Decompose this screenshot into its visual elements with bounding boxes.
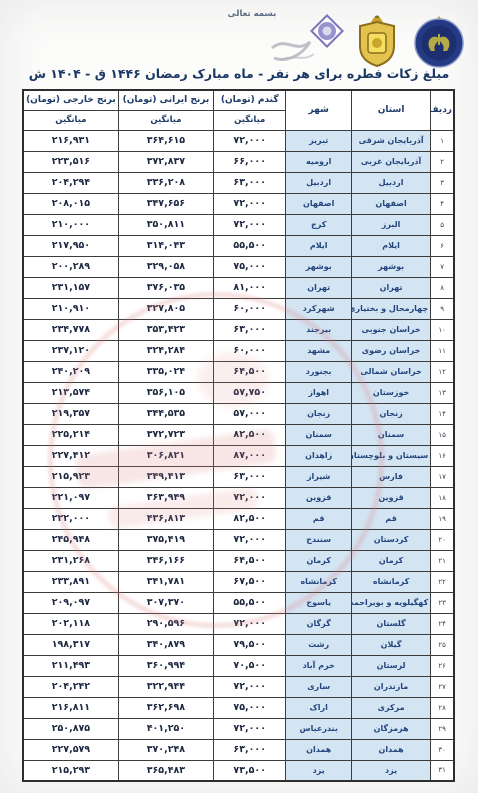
col-header-city: شهر — [286, 90, 352, 130]
province-cell: قم — [351, 508, 430, 529]
row-number-cell: ۲۸ — [431, 697, 454, 718]
iranian-rice-value-cell: ۳۲۹,۰۵۸ — [118, 256, 213, 277]
city-cell: اهواز — [286, 382, 352, 403]
row-number-cell: ۲۰ — [431, 529, 454, 550]
foreign-rice-value-cell: ۲۲۱,۰۹۷ — [23, 487, 118, 508]
iranian-rice-value-cell: ۳۰۶,۸۲۱ — [118, 445, 213, 466]
row-number-cell: ۲۲ — [431, 571, 454, 592]
row-number-cell: ۱۶ — [431, 445, 454, 466]
foreign-rice-value-cell: ۲۲۵,۲۱۴ — [23, 424, 118, 445]
wheat-value-cell: ۷۳,۵۰۰ — [214, 760, 286, 781]
province-cell: قزوین — [351, 487, 430, 508]
iranian-rice-value-cell: ۳۲۴,۲۸۴ — [118, 340, 213, 361]
iranian-rice-value-cell: ۳۷۵,۴۱۹ — [118, 529, 213, 550]
iranian-rice-value-cell: ۳۴۷,۶۵۶ — [118, 193, 213, 214]
iranian-rice-value-cell: ۳۳۵,۰۲۴ — [118, 361, 213, 382]
row-number-cell: ۱ — [431, 130, 454, 151]
iranian-rice-value-cell: ۳۴۹,۴۱۳ — [118, 466, 213, 487]
table-row: ۲۱ کرمان کرمان ۶۴,۵۰۰ ۳۴۶,۱۶۶ ۲۳۱,۲۶۸ — [23, 550, 454, 571]
city-cell: ارومیه — [286, 151, 352, 172]
table-row: ۱۷ فارس شیراز ۶۳,۰۰۰ ۳۴۹,۴۱۳ ۲۱۵,۹۲۳ — [23, 466, 454, 487]
foreign-rice-value-cell: ۲۱۰,۰۰۰ — [23, 214, 118, 235]
iranian-rice-value-cell: ۳۶۴,۶۱۵ — [118, 130, 213, 151]
wheat-value-cell: ۷۲,۰۰۰ — [214, 613, 286, 634]
province-cell: کهگیلویه و بویراحمد — [351, 592, 430, 613]
document-page: بسمه تعالی — [0, 0, 478, 793]
wheat-value-cell: ۸۱,۰۰۰ — [214, 277, 286, 298]
page-title: مبلغ زکات فطره برای هر نفر - ماه مبارک ر… — [0, 66, 478, 81]
city-cell: شهرکرد — [286, 298, 352, 319]
foreign-rice-value-cell: ۲۱۱,۴۹۳ — [23, 655, 118, 676]
row-number-cell: ۲۴ — [431, 613, 454, 634]
wheat-value-cell: ۵۵,۵۰۰ — [214, 235, 286, 256]
table-row: ۲۴ گلستان گرگان ۷۲,۰۰۰ ۲۹۰,۵۹۶ ۲۰۲,۱۱۸ — [23, 613, 454, 634]
table-row: ۲۳ کهگیلویه و بویراحمد یاسوج ۵۵,۵۰۰ ۳۰۷,… — [23, 592, 454, 613]
province-cell: اصفهان — [351, 193, 430, 214]
table-row: ۲۰ کردستان سنندج ۷۲,۰۰۰ ۳۷۵,۴۱۹ ۲۴۵,۹۴۸ — [23, 529, 454, 550]
wheat-value-cell: ۶۰,۰۰۰ — [214, 340, 286, 361]
row-number-cell: ۲۱ — [431, 550, 454, 571]
iranian-rice-value-cell: ۳۶۰,۹۹۴ — [118, 655, 213, 676]
table-row: ۳۰ همدان همدان ۶۳,۰۰۰ ۳۷۰,۲۴۸ ۲۲۷,۵۷۹ — [23, 739, 454, 760]
foreign-rice-value-cell: ۲۳۱,۲۶۸ — [23, 550, 118, 571]
row-number-cell: ۱۰ — [431, 319, 454, 340]
row-number-cell: ۶ — [431, 235, 454, 256]
province-cell: گلستان — [351, 613, 430, 634]
table-row: ۲۷ مازندران ساری ۷۲,۰۰۰ ۳۲۲,۹۴۴ ۲۰۴,۲۴۲ — [23, 676, 454, 697]
wheat-value-cell: ۷۵,۰۰۰ — [214, 256, 286, 277]
foreign-rice-value-cell: ۲۳۷,۱۲۰ — [23, 340, 118, 361]
row-number-cell: ۱۱ — [431, 340, 454, 361]
wheat-value-cell: ۷۹,۵۰۰ — [214, 634, 286, 655]
province-cell: خراسان جنوبی — [351, 319, 430, 340]
iranian-rice-value-cell: ۳۷۶,۰۳۵ — [118, 277, 213, 298]
iranian-rice-value-cell: ۳۱۴,۰۴۳ — [118, 235, 213, 256]
city-cell: کرمان — [286, 550, 352, 571]
city-cell: شیراز — [286, 466, 352, 487]
wheat-value-cell: ۷۲,۰۰۰ — [214, 130, 286, 151]
table-row: ۱۵ سمنان سمنان ۸۲,۵۰۰ ۳۷۲,۷۲۳ ۲۲۵,۲۱۴ — [23, 424, 454, 445]
wheat-value-cell: ۷۲,۰۰۰ — [214, 529, 286, 550]
iranian-rice-value-cell: ۳۳۶,۲۰۸ — [118, 172, 213, 193]
row-number-cell: ۲۶ — [431, 655, 454, 676]
row-number-cell: ۷ — [431, 256, 454, 277]
city-cell: قم — [286, 508, 352, 529]
foreign-rice-value-cell: ۲۱۰,۹۱۰ — [23, 298, 118, 319]
iranian-rice-value-cell: ۳۴۰,۸۷۹ — [118, 634, 213, 655]
iranian-rice-value-cell: ۴۰۱,۲۵۰ — [118, 718, 213, 739]
row-number-cell: ۱۸ — [431, 487, 454, 508]
table-row: ۲۵ گیلان رشت ۷۹,۵۰۰ ۳۴۰,۸۷۹ ۱۹۸,۳۱۷ — [23, 634, 454, 655]
city-cell: بیرجند — [286, 319, 352, 340]
province-cell: زنجان — [351, 403, 430, 424]
table-header: ردیف استان شهر گندم (تومان) برنج ایرانی … — [23, 90, 454, 130]
province-cell: البرز — [351, 214, 430, 235]
table-row: ۳۱ یزد یزد ۷۳,۵۰۰ ۳۶۵,۴۸۳ ۲۱۵,۲۹۳ — [23, 760, 454, 781]
city-cell: رشت — [286, 634, 352, 655]
foreign-rice-value-cell: ۲۲۷,۴۱۲ — [23, 445, 118, 466]
wheat-value-cell: ۶۰,۰۰۰ — [214, 298, 286, 319]
province-cell: گیلان — [351, 634, 430, 655]
wheat-value-cell: ۶۷,۵۰۰ — [214, 571, 286, 592]
blue-relief-committee-emblem-icon — [413, 14, 465, 68]
purple-seal-calligraphy-icon — [270, 14, 344, 74]
row-number-cell: ۱۲ — [431, 361, 454, 382]
city-cell: زاهدان — [286, 445, 352, 466]
iranian-rice-value-cell: ۳۵۰,۸۱۱ — [118, 214, 213, 235]
province-cell: آذربایجان شرقی — [351, 130, 430, 151]
wheat-value-cell: ۶۴,۵۰۰ — [214, 361, 286, 382]
table-row: ۶ ایلام ایلام ۵۵,۵۰۰ ۳۱۴,۰۴۳ ۲۱۷,۹۵۰ — [23, 235, 454, 256]
city-cell: تبریز — [286, 130, 352, 151]
foreign-rice-value-cell: ۲۰۲,۱۱۸ — [23, 613, 118, 634]
col-header-wheat: گندم (تومان) — [214, 90, 286, 110]
table-row: ۲۹ هرمزگان بندرعباس ۷۲,۰۰۰ ۴۰۱,۲۵۰ ۲۵۰,۸… — [23, 718, 454, 739]
zakat-fitrah-table: ردیف استان شهر گندم (تومان) برنج ایرانی … — [22, 89, 455, 782]
wheat-value-cell: ۶۶,۰۰۰ — [214, 151, 286, 172]
province-cell: کردستان — [351, 529, 430, 550]
wheat-value-cell: ۷۰,۵۰۰ — [214, 655, 286, 676]
wheat-value-cell: ۵۵,۵۰۰ — [214, 592, 286, 613]
row-number-cell: ۳۰ — [431, 739, 454, 760]
foreign-rice-value-cell: ۲۱۵,۹۲۳ — [23, 466, 118, 487]
province-cell: آذربایجان غربی — [351, 151, 430, 172]
province-cell: سیستان و بلوچستان — [351, 445, 430, 466]
wheat-value-cell: ۶۳,۰۰۰ — [214, 172, 286, 193]
foreign-rice-value-cell: ۲۴۰,۲۰۹ — [23, 361, 118, 382]
province-cell: سمنان — [351, 424, 430, 445]
province-cell: کرمانشاه — [351, 571, 430, 592]
city-cell: گرگان — [286, 613, 352, 634]
foreign-rice-value-cell: ۲۲۳,۵۱۶ — [23, 151, 118, 172]
city-cell: ساری — [286, 676, 352, 697]
table-row: ۱۳ خوزستان اهواز ۵۷,۷۵۰ ۳۵۶,۱۰۵ ۲۱۳,۵۷۴ — [23, 382, 454, 403]
table-body: ۱ آذربایجان شرقی تبریز ۷۲,۰۰۰ ۳۶۴,۶۱۵ ۲۱… — [23, 130, 454, 781]
foreign-rice-value-cell: ۱۹۸,۳۱۷ — [23, 634, 118, 655]
foreign-rice-value-cell: ۲۳۳,۸۹۱ — [23, 571, 118, 592]
city-cell: قزوین — [286, 487, 352, 508]
table-row: ۲۸ مرکزی اراک ۷۵,۰۰۰ ۳۶۲,۶۹۸ ۲۱۶,۸۱۱ — [23, 697, 454, 718]
city-cell: همدان — [286, 739, 352, 760]
province-cell: ایلام — [351, 235, 430, 256]
row-number-cell: ۱۳ — [431, 382, 454, 403]
foreign-rice-value-cell: ۲۰۴,۲۴۲ — [23, 676, 118, 697]
foreign-rice-value-cell: ۲۰۰,۲۸۹ — [23, 256, 118, 277]
foreign-rice-value-cell: ۲۱۶,۹۳۱ — [23, 130, 118, 151]
city-cell: سنندج — [286, 529, 352, 550]
province-cell: لرستان — [351, 655, 430, 676]
table-row: ۱۹ قم قم ۸۲,۵۰۰ ۴۳۶,۸۱۳ ۲۲۲,۰۰۰ — [23, 508, 454, 529]
foreign-rice-value-cell: ۲۲۷,۵۷۹ — [23, 739, 118, 760]
foreign-rice-value-cell: ۲۲۲,۰۰۰ — [23, 508, 118, 529]
iranian-rice-value-cell: ۳۵۳,۴۲۳ — [118, 319, 213, 340]
wheat-value-cell: ۷۲,۰۰۰ — [214, 214, 286, 235]
row-number-cell: ۱۷ — [431, 466, 454, 487]
foreign-rice-value-cell: ۲۰۴,۲۹۴ — [23, 172, 118, 193]
iranian-rice-value-cell: ۳۶۵,۴۸۳ — [118, 760, 213, 781]
row-number-cell: ۱۵ — [431, 424, 454, 445]
city-cell: خرم آباد — [286, 655, 352, 676]
table-row: ۱۲ خراسان شمالی بجنورد ۶۴,۵۰۰ ۳۳۵,۰۲۴ ۲۴… — [23, 361, 454, 382]
table-row: ۱۰ خراسان جنوبی بیرجند ۶۳,۰۰۰ ۳۵۳,۴۲۳ ۲۳… — [23, 319, 454, 340]
iranian-rice-value-cell: ۲۹۰,۵۹۶ — [118, 613, 213, 634]
province-cell: چهارمحال و بختیاری — [351, 298, 430, 319]
foreign-rice-value-cell: ۲۱۷,۹۵۰ — [23, 235, 118, 256]
city-cell: کرج — [286, 214, 352, 235]
iranian-rice-value-cell: ۳۵۶,۱۰۵ — [118, 382, 213, 403]
city-cell: اردبیل — [286, 172, 352, 193]
col-header-iranian-rice: برنج ایرانی (تومان) — [118, 90, 213, 110]
table-row: ۲ آذربایجان غربی ارومیه ۶۶,۰۰۰ ۳۷۲,۸۳۷ ۲… — [23, 151, 454, 172]
foreign-rice-value-cell: ۲۴۵,۹۴۸ — [23, 529, 118, 550]
iranian-rice-value-cell: ۳۶۳,۹۴۹ — [118, 487, 213, 508]
wheat-value-cell: ۷۲,۰۰۰ — [214, 718, 286, 739]
foreign-rice-value-cell: ۲۳۴,۷۷۸ — [23, 319, 118, 340]
iranian-rice-value-cell: ۳۰۷,۳۷۰ — [118, 592, 213, 613]
row-number-cell: ۴ — [431, 193, 454, 214]
city-cell: اصفهان — [286, 193, 352, 214]
iranian-rice-value-cell: ۳۴۱,۷۸۱ — [118, 571, 213, 592]
row-number-cell: ۱۴ — [431, 403, 454, 424]
subheader-average-foreign-rice: میانگین — [23, 110, 118, 130]
gold-shield-emblem-icon — [354, 14, 400, 68]
iranian-rice-value-cell: ۳۷۰,۲۴۸ — [118, 739, 213, 760]
province-cell: خراسان رضوی — [351, 340, 430, 361]
city-cell: بندرعباس — [286, 718, 352, 739]
city-cell: یزد — [286, 760, 352, 781]
table-row: ۱۴ زنجان زنجان ۵۷,۰۰۰ ۳۴۴,۵۳۵ ۲۱۹,۳۵۷ — [23, 403, 454, 424]
province-cell: فارس — [351, 466, 430, 487]
province-cell: هرمزگان — [351, 718, 430, 739]
table-row: ۱۸ قزوین قزوین ۷۲,۰۰۰ ۳۶۳,۹۴۹ ۲۲۱,۰۹۷ — [23, 487, 454, 508]
row-number-cell: ۳۱ — [431, 760, 454, 781]
city-cell: ایلام — [286, 235, 352, 256]
row-number-cell: ۲۷ — [431, 676, 454, 697]
table-row: ۲۲ کرمانشاه کرمانشاه ۶۷,۵۰۰ ۳۴۱,۷۸۱ ۲۳۳,… — [23, 571, 454, 592]
iranian-rice-value-cell: ۳۷۲,۸۳۷ — [118, 151, 213, 172]
province-cell: تهران — [351, 277, 430, 298]
table-row: ۱ آذربایجان شرقی تبریز ۷۲,۰۰۰ ۳۶۴,۶۱۵ ۲۱… — [23, 130, 454, 151]
subheader-average-iranian-rice: میانگین — [118, 110, 213, 130]
col-header-foreign-rice: برنج خارجی (تومان) — [23, 90, 118, 110]
foreign-rice-value-cell: ۲۰۸,۰۱۵ — [23, 193, 118, 214]
province-cell: کرمان — [351, 550, 430, 571]
province-cell: مازندران — [351, 676, 430, 697]
row-number-cell: ۸ — [431, 277, 454, 298]
iranian-rice-value-cell: ۳۶۲,۶۹۸ — [118, 697, 213, 718]
table-row: ۷ بوشهر بوشهر ۷۵,۰۰۰ ۳۲۹,۰۵۸ ۲۰۰,۲۸۹ — [23, 256, 454, 277]
wheat-value-cell: ۵۷,۰۰۰ — [214, 403, 286, 424]
city-cell: بوشهر — [286, 256, 352, 277]
province-cell: خراسان شمالی — [351, 361, 430, 382]
foreign-rice-value-cell: ۲۱۳,۵۷۴ — [23, 382, 118, 403]
wheat-value-cell: ۷۲,۰۰۰ — [214, 193, 286, 214]
province-cell: یزد — [351, 760, 430, 781]
row-number-cell: ۲۹ — [431, 718, 454, 739]
province-cell: همدان — [351, 739, 430, 760]
table-row: ۱۱ خراسان رضوی مشهد ۶۰,۰۰۰ ۳۲۴,۲۸۴ ۲۳۷,۱… — [23, 340, 454, 361]
table-row: ۵ البرز کرج ۷۲,۰۰۰ ۳۵۰,۸۱۱ ۲۱۰,۰۰۰ — [23, 214, 454, 235]
province-cell: مرکزی — [351, 697, 430, 718]
foreign-rice-value-cell: ۲۱۶,۸۱۱ — [23, 697, 118, 718]
city-cell: اراک — [286, 697, 352, 718]
row-number-cell: ۲۳ — [431, 592, 454, 613]
row-number-cell: ۱۹ — [431, 508, 454, 529]
wheat-value-cell: ۶۳,۰۰۰ — [214, 739, 286, 760]
table-row: ۳ اردبیل اردبیل ۶۳,۰۰۰ ۳۳۶,۲۰۸ ۲۰۴,۲۹۴ — [23, 172, 454, 193]
city-cell: زنجان — [286, 403, 352, 424]
iranian-rice-value-cell: ۳۴۴,۵۳۵ — [118, 403, 213, 424]
col-header-row-no: ردیف — [431, 90, 454, 130]
foreign-rice-value-cell: ۲۳۱,۱۵۷ — [23, 277, 118, 298]
city-cell: یاسوج — [286, 592, 352, 613]
iranian-rice-value-cell: ۳۲۷,۸۰۵ — [118, 298, 213, 319]
wheat-value-cell: ۸۲,۵۰۰ — [214, 424, 286, 445]
iranian-rice-value-cell: ۳۷۲,۷۲۳ — [118, 424, 213, 445]
table-row: ۹ چهارمحال و بختیاری شهرکرد ۶۰,۰۰۰ ۳۲۷,۸… — [23, 298, 454, 319]
iranian-rice-value-cell: ۴۳۶,۸۱۳ — [118, 508, 213, 529]
wheat-value-cell: ۷۲,۰۰۰ — [214, 676, 286, 697]
row-number-cell: ۵ — [431, 214, 454, 235]
city-cell: سمنان — [286, 424, 352, 445]
wheat-value-cell: ۶۳,۰۰۰ — [214, 319, 286, 340]
header-logos — [268, 12, 468, 74]
wheat-value-cell: ۸۷,۰۰۰ — [214, 445, 286, 466]
table-row: ۱۶ سیستان و بلوچستان زاهدان ۸۷,۰۰۰ ۳۰۶,۸… — [23, 445, 454, 466]
row-number-cell: ۲۵ — [431, 634, 454, 655]
subheader-average-wheat: میانگین — [214, 110, 286, 130]
foreign-rice-value-cell: ۲۵۰,۸۷۵ — [23, 718, 118, 739]
table-row: ۲۶ لرستان خرم آباد ۷۰,۵۰۰ ۳۶۰,۹۹۴ ۲۱۱,۴۹… — [23, 655, 454, 676]
iranian-rice-value-cell: ۳۴۶,۱۶۶ — [118, 550, 213, 571]
foreign-rice-value-cell: ۲۰۹,۰۹۷ — [23, 592, 118, 613]
wheat-value-cell: ۶۳,۰۰۰ — [214, 466, 286, 487]
city-cell: بجنورد — [286, 361, 352, 382]
row-number-cell: ۹ — [431, 298, 454, 319]
wheat-value-cell: ۶۴,۵۰۰ — [214, 550, 286, 571]
col-header-province: استان — [351, 90, 430, 130]
province-cell: بوشهر — [351, 256, 430, 277]
wheat-value-cell: ۵۷,۷۵۰ — [214, 382, 286, 403]
row-number-cell: ۲ — [431, 151, 454, 172]
foreign-rice-value-cell: ۲۱۵,۲۹۳ — [23, 760, 118, 781]
iranian-rice-value-cell: ۳۲۲,۹۴۴ — [118, 676, 213, 697]
province-cell: خوزستان — [351, 382, 430, 403]
row-number-cell: ۳ — [431, 172, 454, 193]
province-cell: اردبیل — [351, 172, 430, 193]
foreign-rice-value-cell: ۲۱۹,۳۵۷ — [23, 403, 118, 424]
wheat-value-cell: ۷۲,۰۰۰ — [214, 487, 286, 508]
city-cell: تهران — [286, 277, 352, 298]
wheat-value-cell: ۸۲,۵۰۰ — [214, 508, 286, 529]
city-cell: کرمانشاه — [286, 571, 352, 592]
table-row: ۴ اصفهان اصفهان ۷۲,۰۰۰ ۳۴۷,۶۵۶ ۲۰۸,۰۱۵ — [23, 193, 454, 214]
table-row: ۸ تهران تهران ۸۱,۰۰۰ ۳۷۶,۰۳۵ ۲۳۱,۱۵۷ — [23, 277, 454, 298]
city-cell: مشهد — [286, 340, 352, 361]
wheat-value-cell: ۷۵,۰۰۰ — [214, 697, 286, 718]
